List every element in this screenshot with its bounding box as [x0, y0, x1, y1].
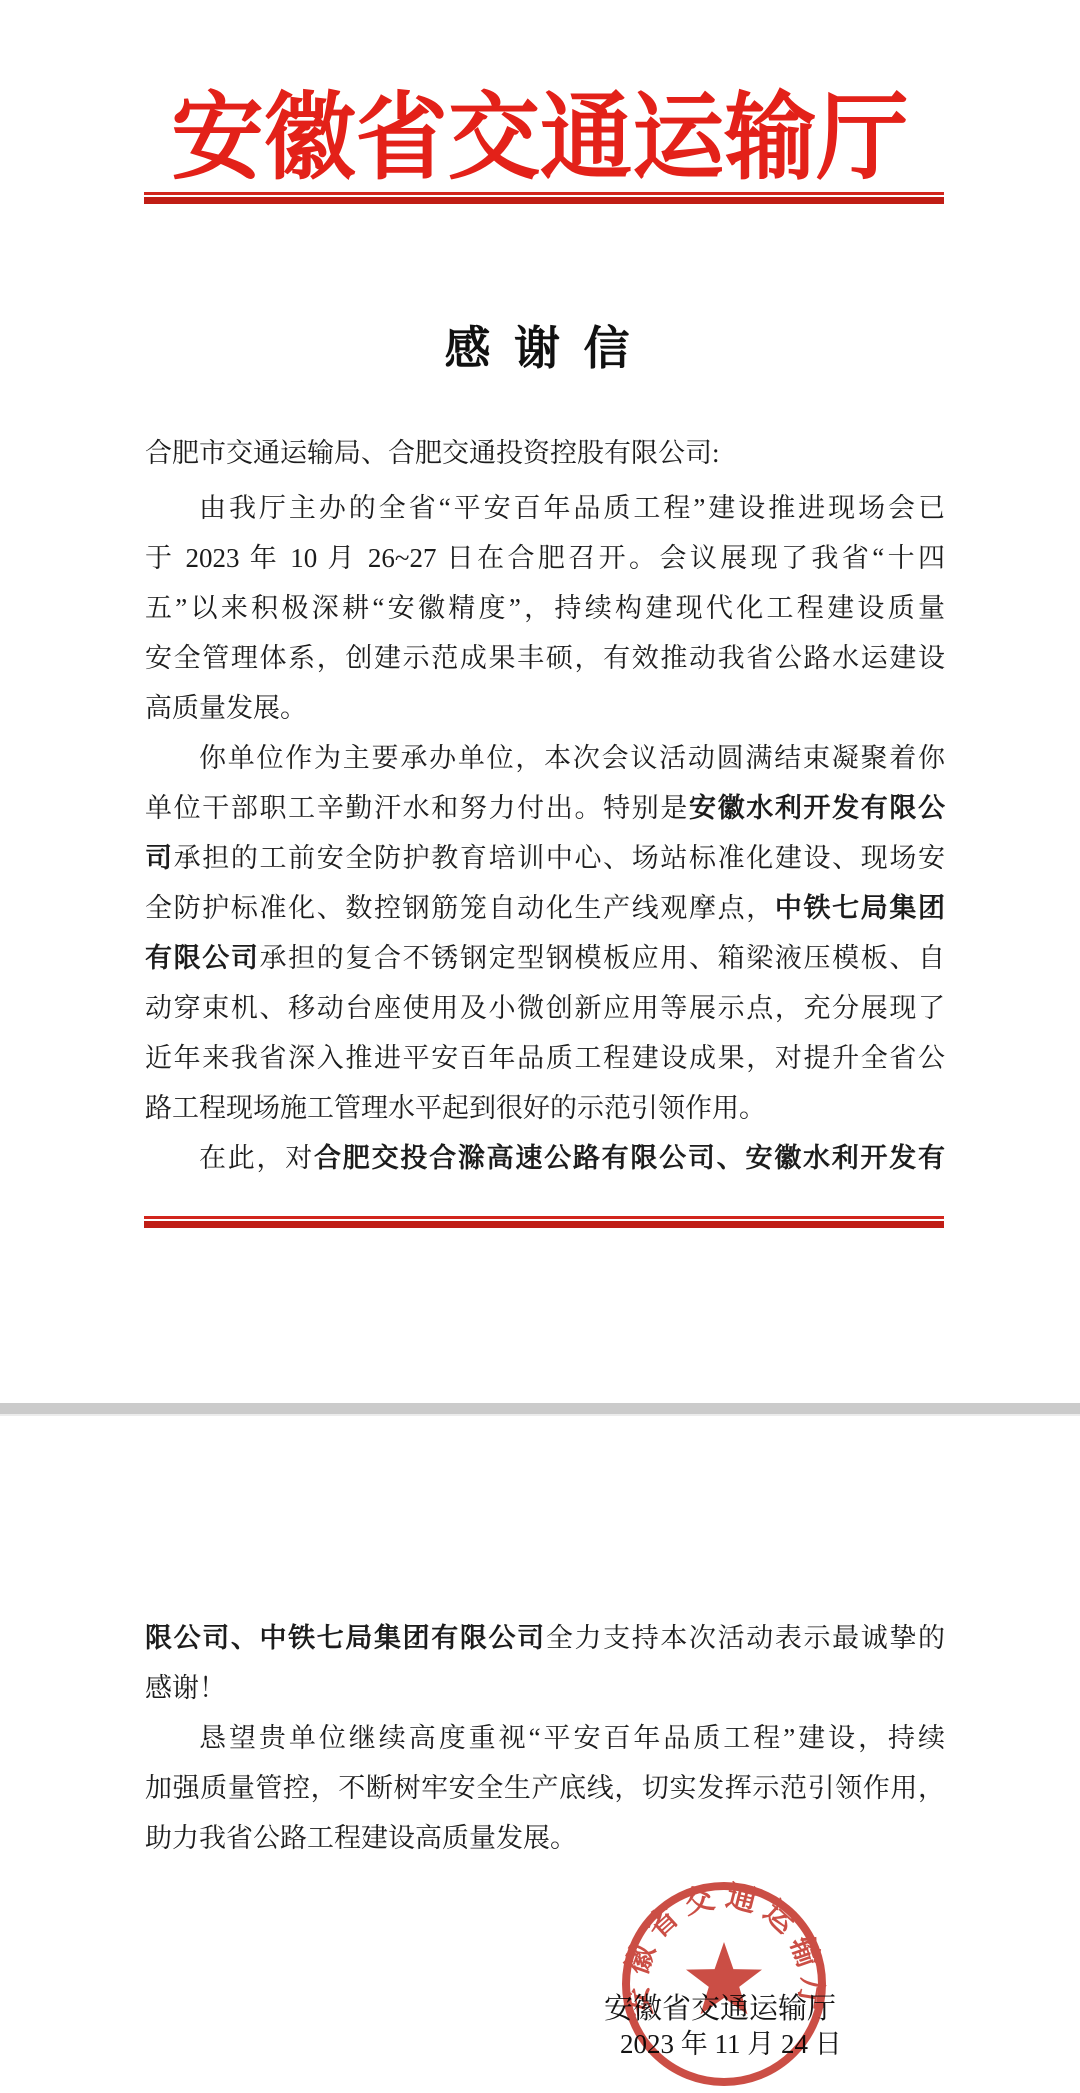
company-name-bold: 限公司、中铁七局集团有限公司: [145, 1623, 546, 1653]
document-page: 安徽省交通运输厅 感 谢 信 合肥市交通运输局、合肥交通投资控股有限公司: 由我…: [0, 0, 1080, 2093]
official-seal-stamp: 安徽省交通运输厅: [616, 1878, 832, 2093]
line-text: 由我厅主办的全省“平安百年品质工程”建设推进现场会已: [199, 493, 945, 523]
line-text: 加强质量管控，不断树牢安全生产底线，切实发挥示范引领作用，: [145, 1773, 945, 1803]
document-title: 感 谢 信: [0, 312, 1080, 378]
body-line: 路工程现场施工管理水平起到很好的示范引领作用。: [145, 1083, 945, 1133]
body-line: 你单位作为主要承办单位，本次会议活动圆满结束凝聚着你: [145, 733, 945, 783]
body-line: 于 2023 年 10 月 26~27 日在合肥召开。会议展现了我省“十四: [145, 533, 945, 583]
line-text: 单位干部职工辛勤汗水和努力付出。特别是: [145, 793, 689, 823]
company-name-bold: 中铁七局集团: [775, 893, 945, 923]
line-text: 于 2023 年 10 月 26~27 日在合肥召开。会议展现了我省“十四: [145, 543, 945, 573]
seal-star-icon: [686, 1942, 762, 2014]
body-line: 近年来我省深入推进平安百年品质工程建设成果，对提升全省公: [145, 1033, 945, 1083]
line-text: 全防护标准化、数控钢筋笼自动化生产线观摩点，: [145, 893, 775, 923]
body-line: 动穿束机、移动台座使用及小微创新应用等展示点，充分展现了: [145, 983, 945, 1033]
company-name-bold: 司: [145, 843, 174, 873]
body-line: 有限公司承担的复合不锈钢定型钢模板应用、箱梁液压模板、自: [145, 933, 945, 983]
line-text: 动穿束机、移动台座使用及小微创新应用等展示点，充分展现了: [145, 993, 945, 1023]
body-line: 加强质量管控，不断树牢安全生产底线，切实发挥示范引领作用，: [145, 1763, 945, 1813]
body-line: 安全管理体系，创建示范成果丰硕，有效推动我省公路水运建设: [145, 633, 945, 683]
line-text: 安全管理体系，创建示范成果丰硕，有效推动我省公路水运建设: [145, 643, 945, 673]
line-text: 合肥市交通运输局、合肥交通投资控股有限公司:: [145, 438, 720, 468]
letter-body-page2: 限公司、中铁七局集团有限公司全力支持本次活动表示最诚挚的 感谢！ 恳望贵单位继续…: [145, 1613, 945, 1863]
letterhead-agency-title: 安徽省交通运输厅: [16, 62, 1064, 198]
line-text: 高质量发展。: [145, 693, 307, 723]
page-footer-rule: [144, 1216, 944, 1228]
body-line: 限公司、中铁七局集团有限公司全力支持本次活动表示最诚挚的: [145, 1613, 945, 1663]
line-text: 全力支持本次活动表示最诚挚的: [546, 1623, 945, 1653]
page-separator: [0, 1403, 1080, 1416]
line-text: 五”以来积极深耕“安徽精度”，持续构建现代化工程建设质量: [145, 593, 945, 623]
company-name-bold: 安徽水利开发有限公: [689, 793, 945, 823]
body-line: 全防护标准化、数控钢筋笼自动化生产线观摩点，中铁七局集团: [145, 883, 945, 933]
body-line: 感谢！: [145, 1663, 945, 1713]
line-text: 承担的工前安全防护教育培训中心、场站标准化建设、现场安: [174, 843, 945, 873]
letterhead-divider-rule: [144, 192, 944, 204]
body-line: 助力我省公路工程建设高质量发展。: [145, 1813, 945, 1863]
body-line: 由我厅主办的全省“平安百年品质工程”建设推进现场会已: [145, 483, 945, 533]
line-text: 在此，对: [199, 1143, 314, 1173]
line-text: 你单位作为主要承办单位，本次会议活动圆满结束凝聚着你: [199, 743, 945, 773]
line-text: 承担的复合不锈钢定型钢模板应用、箱梁液压模板、自: [260, 943, 945, 973]
letter-body-page1: 合肥市交通运输局、合肥交通投资控股有限公司: 由我厅主办的全省“平安百年品质工程…: [145, 428, 945, 1183]
body-line: 高质量发展。: [145, 683, 945, 733]
line-text: 恳望贵单位继续高度重视“平安百年品质工程”建设，持续: [199, 1723, 945, 1753]
line-text: 感谢！: [145, 1673, 226, 1703]
salutation-line: 合肥市交通运输局、合肥交通投资控股有限公司:: [145, 428, 945, 478]
line-text: 助力我省公路工程建设高质量发展。: [145, 1823, 577, 1853]
line-text: 路工程现场施工管理水平起到很好的示范引领作用。: [145, 1093, 766, 1123]
body-line: 五”以来积极深耕“安徽精度”，持续构建现代化工程建设质量: [145, 583, 945, 633]
company-name-bold: 合肥交投合滁高速公路有限公司、安徽水利开发有: [314, 1143, 945, 1173]
body-line: 在此，对合肥交投合滁高速公路有限公司、安徽水利开发有: [145, 1133, 945, 1183]
body-line: 恳望贵单位继续高度重视“平安百年品质工程”建设，持续: [145, 1713, 945, 1763]
body-line: 司承担的工前安全防护教育培训中心、场站标准化建设、现场安: [145, 833, 945, 883]
line-text: 近年来我省深入推进平安百年品质工程建设成果，对提升全省公: [145, 1043, 945, 1073]
body-line: 单位干部职工辛勤汗水和努力付出。特别是安徽水利开发有限公: [145, 783, 945, 833]
company-name-bold: 有限公司: [145, 943, 260, 973]
